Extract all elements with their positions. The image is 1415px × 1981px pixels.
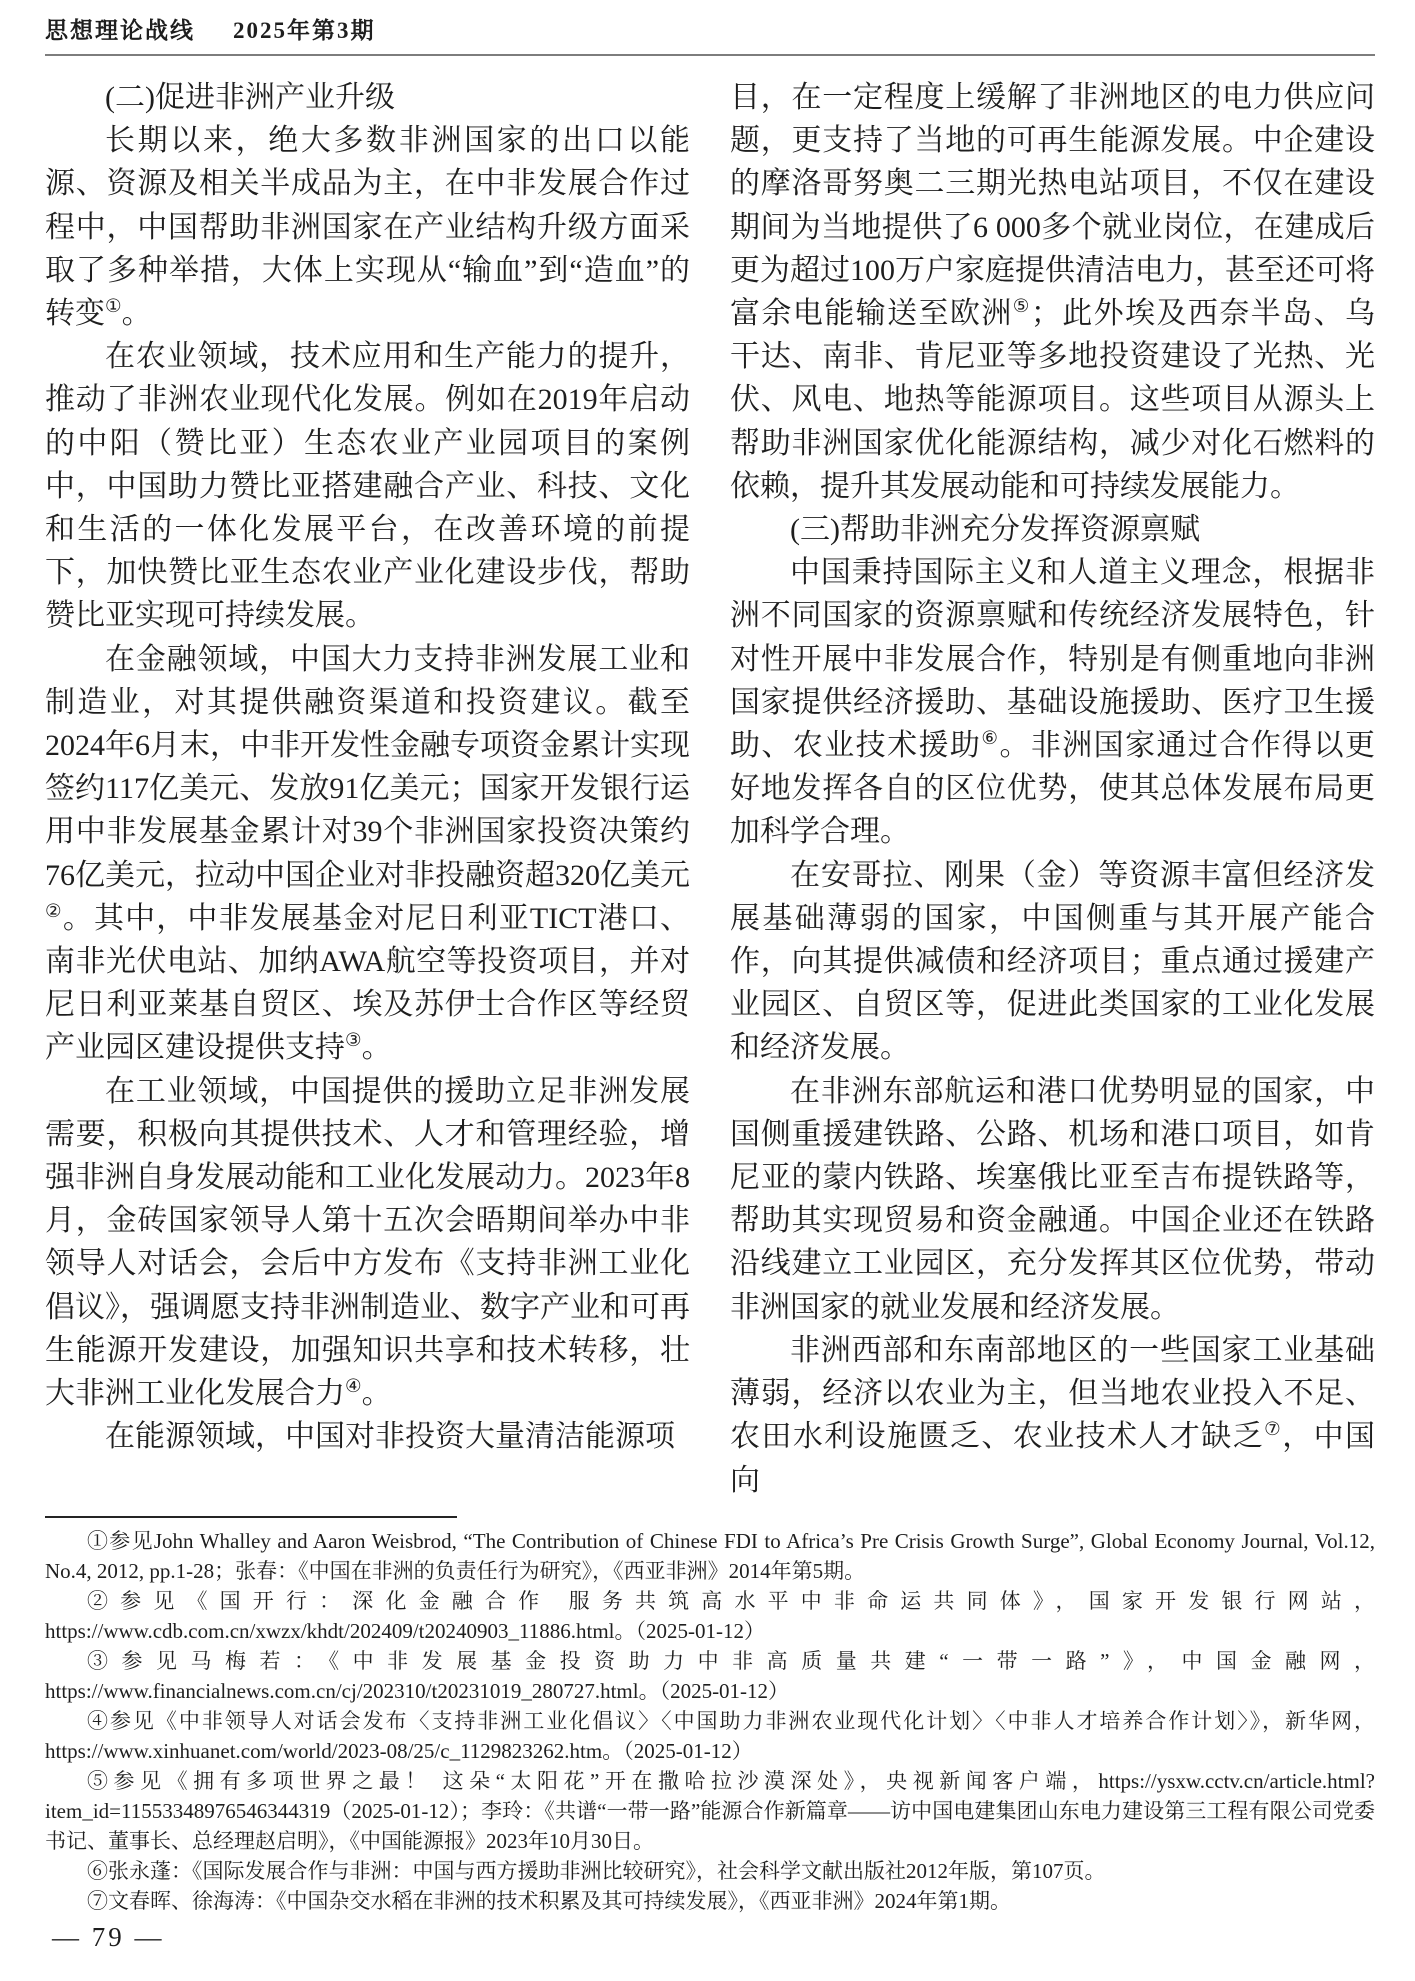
page-header: 思想理论战线 2025年第3期 xyxy=(45,12,1375,48)
paragraph: 在工业领域，中国提供的援助立足非洲发展需要，积极向其提供技术、人才和管理经验，增… xyxy=(45,1070,690,1416)
footnote-item: ⑥张永蓬：《国际发展合作与非洲：中国与西方援助非洲比较研究》，社会科学文献出版社… xyxy=(45,1856,1375,1886)
footnote-item: ⑦文春晖、徐海涛：《中国杂交水稻在非洲的技术积累及其可持续发展》，《西亚非洲》2… xyxy=(45,1886,1375,1916)
footnotes: ①参见John Whalley and Aaron Weisbrod, “The… xyxy=(45,1526,1375,1916)
paragraph: 在农业领域，技术应用和生产能力的提升，推动了非洲农业现代化发展。例如在2019年… xyxy=(45,335,690,637)
article-body: (二)促进非洲产业升级 长期以来，绝大多数非洲国家的出口以能源、资源及相关半成品… xyxy=(45,76,1375,1502)
paragraph: 在非洲东部航运和港口优势明显的国家，中国侧重援建铁路、公路、机场和港口项目，如肯… xyxy=(730,1070,1375,1329)
paragraph: 中国秉持国际主义和人道主义理念，根据非洲不同国家的资源禀赋和传统经济发展特色，针… xyxy=(730,551,1375,853)
paragraph: 非洲西部和东南部地区的一些国家工业基础薄弱，经济以农业为主，但当地农业投入不足、… xyxy=(730,1329,1375,1502)
paragraph: 在金融领域，中国大力支持非洲发展工业和制造业，对其提供融资渠道和投资建议。截至2… xyxy=(45,638,690,1070)
journal-page: 思想理论战线 2025年第3期 (二)促进非洲产业升级 长期以来，绝大多数非洲国… xyxy=(0,0,1415,1981)
header-divider xyxy=(45,54,1375,56)
journal-name: 思想理论战线 xyxy=(45,12,195,45)
section-heading-3: (三)帮助非洲充分发挥资源禀赋 xyxy=(730,508,1375,551)
footnote-item: ⑤参见《拥有多项世界之最！ 这朵“太阳花”开在撒哈拉沙漠深处》，央视新闻客户端，… xyxy=(45,1766,1375,1856)
footnote-item: ②参见《国开行：深化金融合作 服务共筑高水平中非命运共同体》，国家开发银行网站，… xyxy=(45,1586,1375,1646)
footnote-divider xyxy=(45,1516,457,1518)
left-column: (二)促进非洲产业升级 长期以来，绝大多数非洲国家的出口以能源、资源及相关半成品… xyxy=(45,76,690,1502)
footnote-item: ③参见马梅若：《中非发展基金投资助力中非高质量共建“一带一路”》，中国金融网，h… xyxy=(45,1646,1375,1706)
paragraph: 长期以来，绝大多数非洲国家的出口以能源、资源及相关半成品为主，在中非发展合作过程… xyxy=(45,119,690,335)
right-column: 目，在一定程度上缓解了非洲地区的电力供应问题，更支持了当地的可再生能源发展。中企… xyxy=(730,76,1375,1502)
page-number: — 79 — xyxy=(52,1922,165,1952)
footnote-item: ④参见《中非领导人对话会发布〈支持非洲工业化倡议〉〈中国助力非洲农业现代化计划〉… xyxy=(45,1706,1375,1766)
page-footer: — 79 — xyxy=(52,1922,165,1953)
issue-label: 2025年第3期 xyxy=(233,12,376,45)
footnote-item: ①参见John Whalley and Aaron Weisbrod, “The… xyxy=(45,1526,1375,1586)
section-heading-2: (二)促进非洲产业升级 xyxy=(45,76,690,119)
paragraph-continuation: 目，在一定程度上缓解了非洲地区的电力供应问题，更支持了当地的可再生能源发展。中企… xyxy=(730,76,1375,508)
paragraph: 在能源领域，中国对非投资大量清洁能源项 xyxy=(45,1415,690,1458)
paragraph: 在安哥拉、刚果（金）等资源丰富但经济发展基础薄弱的国家，中国侧重与其开展产能合作… xyxy=(730,854,1375,1070)
